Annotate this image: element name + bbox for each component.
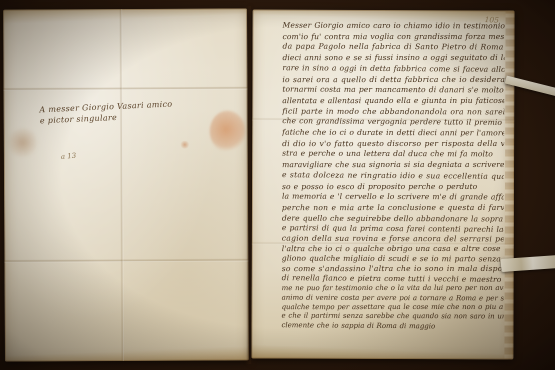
fold-crease-horizontal — [3, 86, 247, 90]
manuscript-line: com'io fu' contra mia voglia con grandis… — [283, 32, 505, 43]
manuscript-line: la memoria e 'l cervello e lo scrivere m… — [282, 192, 504, 203]
manuscript-line: l'altra che io ci o qualche obrigo una c… — [282, 244, 504, 254]
manuscript-line: da papa Pagolo nella fabrica di Santo Pi… — [282, 42, 504, 53]
manuscript-line: io sarei ora a quello di detta fabbrica … — [282, 74, 504, 85]
fold-crease-horizontal — [4, 258, 248, 262]
manuscript-line: che con grandissima vergognia perdere tu… — [282, 116, 504, 128]
manuscript-line: qualche tempo per assettare qua le cose … — [282, 303, 504, 312]
deckle-edge — [504, 10, 514, 359]
manuscript-line: tornarmi costa ma per mancamento di dana… — [282, 85, 504, 96]
letter-text-block: Messer Giorgio amico caro io chiamo idio… — [281, 21, 504, 332]
manuscript-line: clemente che io sappia di Roma di maggio — [281, 321, 503, 332]
manuscript-line: Messer Giorgio amico caro io chiamo idio… — [283, 21, 505, 32]
paper-stain — [6, 127, 40, 157]
fold-crease-vertical — [119, 9, 124, 361]
address-inscription: A messer Giorgio Vasari amico e pictor s… — [39, 98, 190, 127]
left-page: A messer Giorgio Vasari amico e pictor s… — [3, 8, 249, 361]
manuscript-line: stra e perche o una lettera dal duca che… — [282, 149, 504, 160]
manuscript-line: animo di venire costa per avere poi a to… — [282, 293, 504, 303]
manuscript-photo: A messer Giorgio Vasari amico e pictor s… — [0, 0, 555, 370]
manuscript-line: allentata e allentasi quando ella e giun… — [282, 96, 504, 107]
wax-seal-stain — [210, 110, 246, 152]
manuscript-line: fatiche che io ci o durate in detti diec… — [282, 128, 504, 139]
right-page: 105 Messer Giorgio amico caro io chiamo … — [251, 10, 514, 360]
manuscript-line: maravigliare che sua signoria si sia deg… — [282, 160, 504, 171]
manuscript-line: me ne puo far testimonio che o la vita d… — [282, 284, 504, 293]
manuscript-line: e stata dolceza ne ringratio idio e sua … — [282, 170, 504, 182]
manuscript-line: perche non e mia arte la conclusione e q… — [282, 203, 504, 214]
manuscript-line: dieci anni sono e se si fussi insino a o… — [282, 53, 504, 64]
manuscript-line: rare in sino a oggi in detta fabbrica co… — [282, 63, 504, 75]
archive-mark: a 13 — [61, 152, 77, 161]
manuscript-line: di dio io v'o fatto questo discorso per … — [282, 139, 504, 150]
manuscript-line: so e posso io esco di proposito perche o… — [282, 181, 504, 192]
binding-ribbon-bottom — [501, 255, 555, 272]
wax-seal-dot — [180, 141, 190, 149]
